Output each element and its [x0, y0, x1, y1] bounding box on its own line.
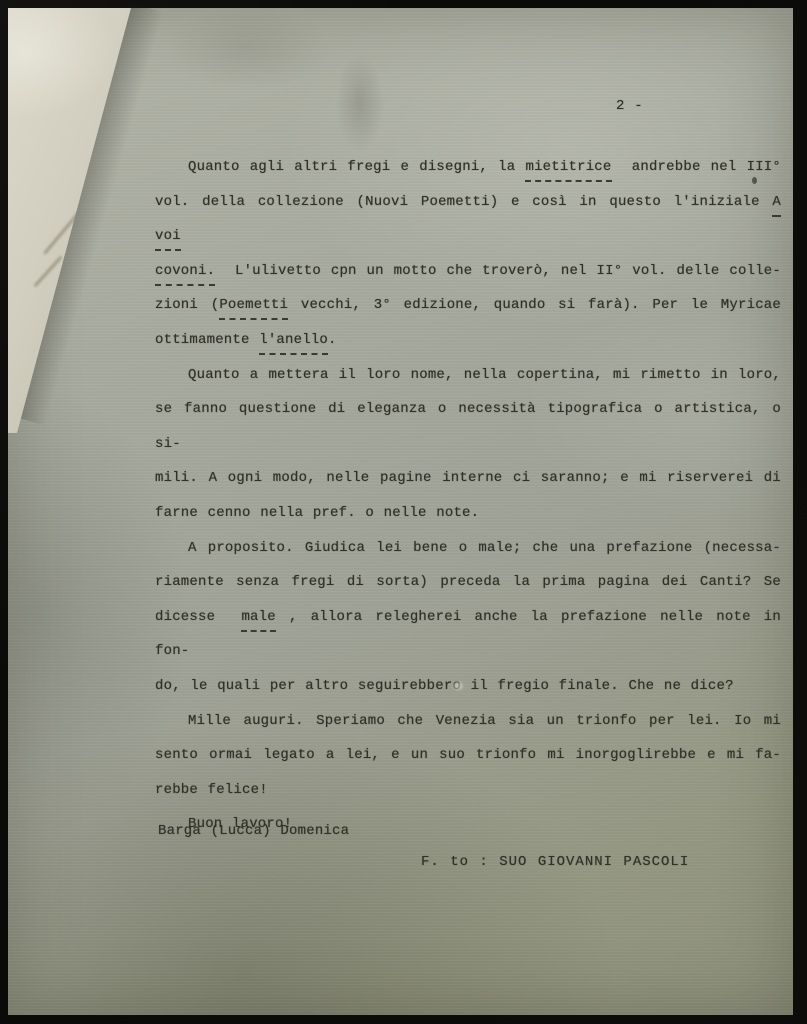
typed-text: riamente senza fregi di sorta) preceda l… [155, 574, 781, 590]
typed-line: ottimamente l'anello. [155, 323, 781, 358]
typed-text: Mille auguri. Speriamo che Venezia sia u… [188, 713, 781, 729]
dashed-underlined-word: l'anello [259, 332, 328, 355]
letter-page: 2 - Quanto agli altri fregi e disegni, l… [8, 8, 793, 1015]
typed-line: zioni (Poemetti vecchi, 3° edizione, qua… [155, 288, 781, 323]
typed-line: Mille auguri. Speriamo che Venezia sia u… [155, 704, 781, 739]
typed-line: farne cenno nella pref. o nelle note. [155, 496, 781, 531]
typed-line: Quanto agli altri fregi e disegni, la mi… [155, 150, 781, 185]
typed-line: Quanto a mettera il loro nome, nella cop… [155, 358, 781, 393]
typed-line: vol. della collezione (Nuovi Poemetti) e… [155, 185, 781, 254]
typed-text: Quanto a mettera il loro nome, nella cop… [188, 367, 781, 383]
typed-text: ottimamente [155, 332, 259, 348]
typed-text: . [328, 332, 337, 348]
typed-line: se fanno questione di eleganza o necessi… [155, 392, 781, 461]
typed-line: sento ormai legato a lei, e un suo trion… [155, 738, 781, 773]
typed-text: sento ormai legato a lei, e un suo trion… [155, 747, 781, 763]
dashed-underlined-word: Poemetti [219, 297, 288, 320]
paper-flaw [453, 682, 463, 690]
typed-line: covoni. L'ulivetto cpn un motto che trov… [155, 254, 781, 289]
typed-text: zioni ( [155, 297, 219, 313]
dashed-underlined-word: covoni. [155, 263, 215, 286]
page-number: 2 - [616, 96, 643, 116]
typed-text: A proposito. Giudica lei bene o male; ch… [188, 540, 781, 556]
signature-line: F. to : SUO GIOVANNI PASCOLI [155, 845, 781, 880]
typed-text: vecchi, 3° edizione, quando si farà). Pe… [288, 297, 781, 313]
typed-text: farne cenno nella pref. o nelle note. [155, 505, 479, 521]
typed-text: dicesse [155, 609, 241, 625]
typed-text: se fanno questione di eleganza o necessi… [155, 401, 781, 452]
typed-line: dicesse male , allora relegherei anche l… [155, 600, 781, 669]
typed-line: A proposito. Giudica lei bene o male; ch… [155, 531, 781, 566]
dashed-underlined-word: mietitrice [525, 159, 611, 182]
typed-text: do, le quali per altro seguirebbero il f… [155, 678, 734, 694]
typed-text: vol. della collezione (Nuovi Poemetti) e… [155, 194, 772, 210]
typed-text: Quanto agli altri fregi e disegni, la [188, 159, 525, 175]
scanner-background: 2 - Quanto agli altri fregi e disegni, l… [0, 0, 807, 1024]
typed-line: riamente senza fregi di sorta) preceda l… [155, 565, 781, 600]
typed-text: rebbe felice! [155, 782, 268, 798]
typed-line: do, le quali per altro seguirebbero il f… [155, 669, 781, 704]
dashed-underlined-word: male [241, 609, 275, 632]
typed-text: mili. A ogni modo, nelle pagine interne … [155, 470, 781, 486]
typed-line: mili. A ogni modo, nelle pagine interne … [155, 461, 781, 496]
typed-line: rebbe felice! [155, 773, 781, 808]
place-date-line: Barga (Lucca) Domenica [158, 814, 349, 849]
typed-text: L'ulivetto cpn un motto che troverò, nel… [215, 263, 781, 279]
ink-speck [752, 177, 757, 184]
letter-body: Quanto agli altri fregi e disegni, la mi… [155, 150, 781, 879]
typed-text: andrebbe nel III° [612, 159, 782, 175]
